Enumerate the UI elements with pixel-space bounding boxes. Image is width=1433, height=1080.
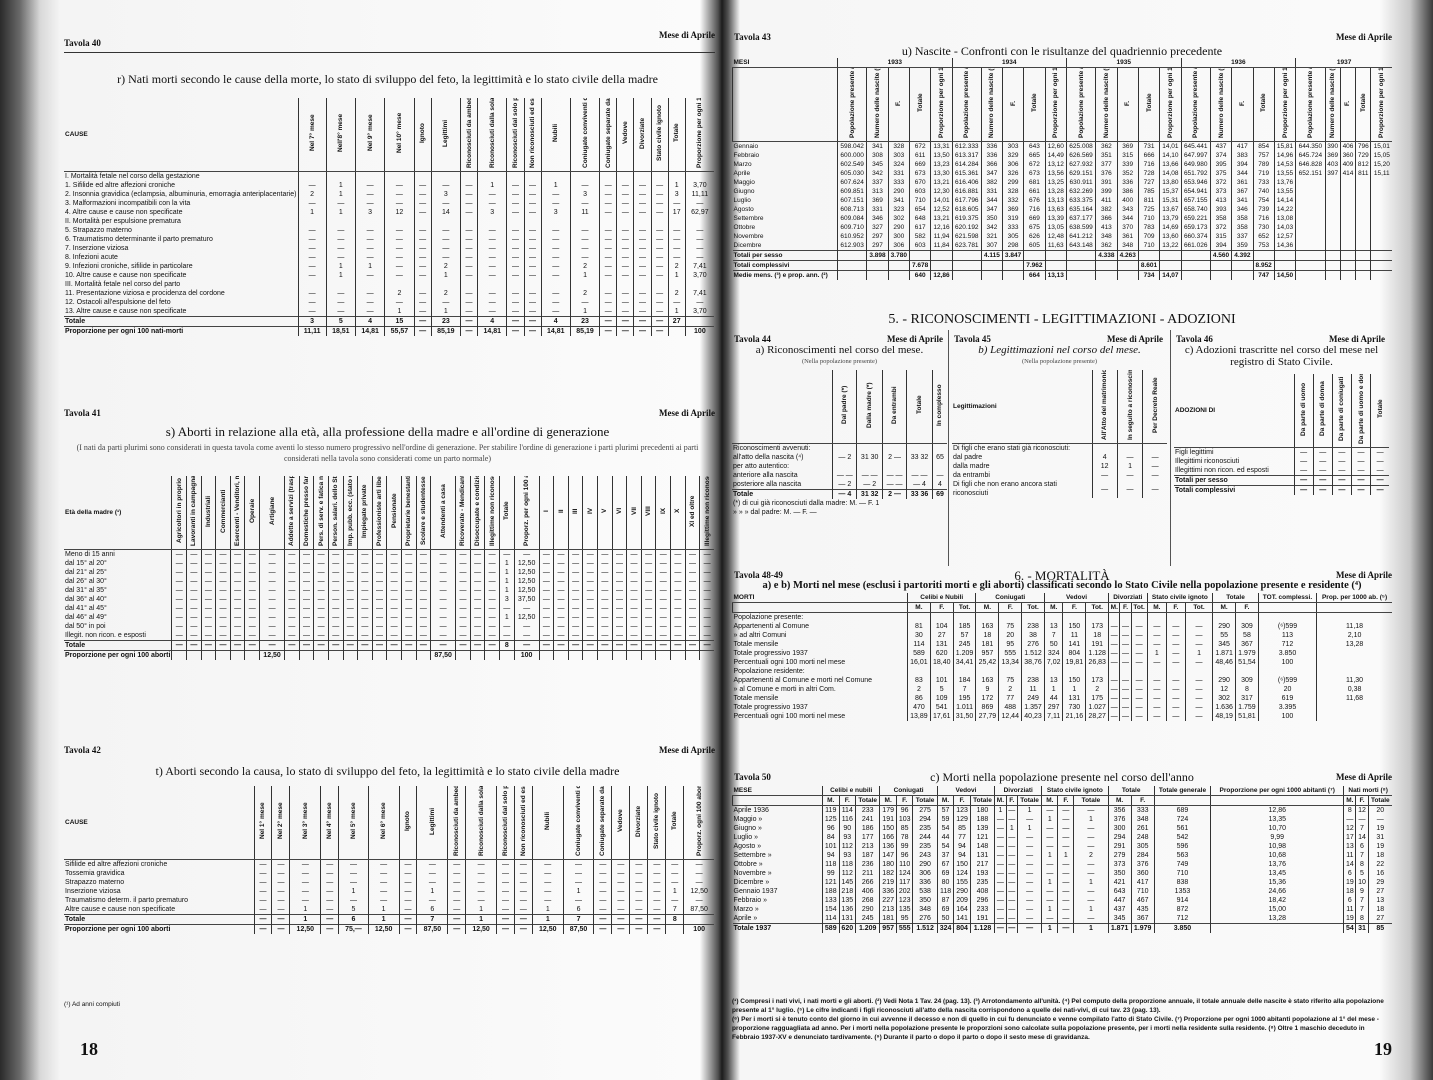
table-row: Aprile »1141312451819527650141191——————3…: [733, 914, 1393, 924]
table-row: III. Mortalità fetale nel corso del part…: [64, 280, 714, 289]
tavola-46-label: Tavola 46: [1176, 334, 1213, 344]
tavola-41-label: Tavola 41: [64, 408, 101, 418]
tavola-41-table: Età della madre (¹)Agricoltori in propri…: [64, 476, 714, 660]
table-row: Totale——1—61—7—1——17————8: [64, 915, 714, 925]
table-row: anteriore alla nascita— —— —— —— ——: [732, 471, 947, 480]
tavola-40-title: r) Nati morti secondo le cause della mor…: [60, 72, 715, 87]
tavola-48-49-title: a) e b) Morti nel mese (esclusi i partor…: [732, 580, 1392, 591]
tavola-42-label: Tavola 42: [64, 745, 101, 755]
table-row: dal 26° al 30°—————————————————————112,5…: [64, 577, 714, 586]
table-row: Popolazione presente:: [733, 613, 1393, 623]
table-row: Gennaio 1937188218406336202538118290408—…: [733, 887, 1393, 896]
table-row: » al Comune e morti in altri Com.2579211…: [733, 685, 1393, 694]
table-row: Riconoscimenti avvenuti:: [732, 444, 947, 454]
table-row: I. Mortalità fetale nel corso della gest…: [64, 172, 714, 182]
table-row: dal 31° al 35°—————————————————————112,5…: [64, 586, 714, 595]
table-row: Di figli che erano stati già riconosciut…: [952, 444, 1167, 454]
page-number-left: 18: [80, 1039, 98, 1060]
table-row: Ottobre609.71032729061712,16620.19234233…: [733, 223, 1393, 232]
table-row: Meno di 15 anni—————————————————————————…: [64, 550, 714, 560]
table-row: Novembre610.95229730058211,94621.5983213…: [733, 232, 1393, 241]
tavola-44-subtitle: (Nella popolazione presente): [732, 358, 947, 365]
tavola-44-label: Tavola 44: [734, 334, 771, 344]
table-row: Sifilide ed altre affezioni croniche————…: [64, 860, 714, 870]
table-row: dal padre4——: [952, 453, 1167, 462]
table-row: Agosto608.71333132365412,52618.605347369…: [733, 205, 1393, 214]
left-page: Tavola 40 Mese di Aprile r) Nati morti s…: [60, 0, 715, 1080]
table-row: Totali per sesso—————: [1174, 476, 1389, 486]
table-row: Totale progressivo 19375896201.209957555…: [733, 649, 1393, 658]
table-row: Totale mensile861091951727724944131175——…: [733, 694, 1393, 703]
table-row: 3. Malformazioni incompatibili con la vi…: [64, 199, 714, 208]
table-row: Di figli che non erano ancora stati rico…: [952, 480, 1167, 498]
tavola-46: Tavola 46 Mese di Aprile c) Adozioni tra…: [1174, 330, 1389, 568]
table-row: 6. Traumatismo determinante il parto pre…: [64, 235, 714, 244]
table-row: 7. Inserzione viziosa——————————————————: [64, 244, 714, 253]
table-row: Proporzione per ogni 100 nati-morti11,11…: [64, 327, 714, 337]
table-row: Dicembre612.90329730660311,84623.7813072…: [733, 241, 1393, 251]
table-row: 11. Presentazione viziosa e procidenza d…: [64, 289, 714, 298]
table-row: 2. Insonnia gravidica (eclampsia, albumi…: [64, 190, 714, 199]
table-row: per atto autentico:: [732, 462, 947, 471]
right-page: Tavola 43 Mese di Aprile u) Nascite - Co…: [732, 0, 1392, 1080]
table-row: Totale mensile1141312451819527650141191—…: [733, 640, 1393, 649]
tavola-46-title: c) Adozioni trascritte nel corso del mes…: [1174, 344, 1389, 368]
tavola-44-title: a) Riconoscimenti nel corso del mese.: [732, 344, 947, 356]
footnotes: (¹) Compresi i nati vivi, i nati morti e…: [732, 997, 1390, 1042]
tavola-50-table: MESECelibi e nubiliConiugatiVedoviDivorz…: [732, 786, 1392, 933]
table-row: » ad altri Comuni30275718203871118——————…: [733, 631, 1393, 640]
table-row: Proporzione per ogni 100 aborti——12,50—7…: [64, 925, 714, 935]
table-row: dal 36° al 40°—————————————————————337,5…: [64, 595, 714, 604]
tavola-43-label: Tavola 43: [734, 32, 771, 42]
page-number-right: 19: [1374, 1039, 1392, 1060]
tavola-45-label: Tavola 45: [954, 334, 991, 344]
table-row: Giugno »9690186150852355485139—11———3002…: [733, 824, 1393, 833]
tavola-45-title: b) Legittimazioni nel corso del mese.: [952, 344, 1167, 356]
table-row: Illegit. non ricon. e esposti———————————…: [64, 631, 714, 641]
tavola-43-table: MESI19331934193519361937Popolazione pres…: [732, 58, 1392, 280]
table-row: Percentuali ogni 100 morti nel mese16,01…: [733, 658, 1393, 667]
table-row: Altre cause e cause non specificate——1—5…: [64, 905, 714, 915]
table-row: Marzo »15413629021313534869164233———1—14…: [733, 905, 1393, 914]
tavola-41-note: (I nati da parti plurimi sono considerat…: [60, 442, 715, 464]
table-row: Percentuali ogni 100 morti nel mese13,89…: [733, 712, 1393, 721]
table-row: dal 50° in poi——————————————————————————…: [64, 622, 714, 631]
table-row: 9. Infezioni croniche, sifilide in parti…: [64, 262, 714, 271]
table-row: 12. Ostacoli all'espulsione del feto————…: [64, 298, 714, 307]
mese-label: Mese di Aprile: [659, 745, 715, 755]
table-row: Maggio »12511624119110329459129188———1—1…: [733, 815, 1393, 824]
tavola-50-title: c) Morti nella popolazione presente nel …: [732, 770, 1392, 785]
tavola-48-49-table: MORTICelibi e NubiliConiugatiVedoviDivor…: [732, 593, 1392, 721]
table-row: posteriore alla nascita— 2— 2— —— 44: [732, 480, 947, 490]
table-row: Settembre609.08434630264813,21619.375350…: [733, 214, 1393, 223]
mese-label: Mese di Aprile: [1336, 570, 1392, 580]
mese-label: Mese di Aprile: [887, 334, 943, 344]
tavola-44: Tavola 44 Mese di Aprile a) Riconoscimen…: [732, 330, 947, 568]
mese-label: Mese di Aprile: [1107, 334, 1163, 344]
tavola-43-title: u) Nascite - Confronti con le risultanze…: [732, 44, 1392, 59]
table-row: II. Mortalità per espulsione prematura: [64, 217, 714, 226]
table-row: 13. Altre cause e cause non specificate—…: [64, 307, 714, 317]
table-row: Traumatismo determ. il parto prematuro——…: [64, 896, 714, 905]
table-row: Febbraio »13313526822712335087209296————…: [733, 896, 1393, 905]
table-row: Illegittimi riconosciuti—————: [1174, 457, 1389, 466]
table-row: dal 15° al 20°—————————————————————112,5…: [64, 559, 714, 568]
table-row: 1. Sifilide ed altre affezioni croniche—…: [64, 181, 714, 190]
table-row: dal 21° al 25°—————————————————————112,5…: [64, 568, 714, 577]
table-row: Settembre »9493187147962433794131———1122…: [733, 851, 1393, 860]
tavola-42-table: CAUSENel 1° meseNel 2° meseNel 3° meseNe…: [64, 786, 714, 934]
mese-label: Mese di Aprile: [1336, 772, 1392, 782]
table-row: dal 46° al 49°—————————————————————112,5…: [64, 613, 714, 622]
tavola-45-subtitle: (Nella popolazione presente): [952, 358, 1167, 365]
table-row: Dicembre »12114526621911733680155235———1…: [733, 878, 1393, 887]
table-row: Maggio607.62433733367013,21616.406382299…: [733, 178, 1393, 187]
table-row: dalla madre121—: [952, 462, 1167, 471]
footnote-2: (⁶) Per i morti si è tenuto conto del gi…: [732, 1015, 1390, 1042]
table-row: Totale— 431 322 —33 3669: [732, 490, 947, 500]
table-row: all'atto della nascita (⁴)— 231 302 —33 …: [732, 453, 947, 462]
tavola-44-table: Dal padre (*)Dalla madre (*)Da entrambiT…: [732, 370, 947, 517]
table-row: Totale progressivo 19374705411.011869488…: [733, 703, 1393, 712]
table-row: 5. Strapazzo materno——————————————————: [64, 226, 714, 235]
table-row: Marzo602.54934532466913,23614.2843663066…: [733, 160, 1393, 169]
table-row: Luglio »8493177166782444477121——————2942…: [733, 833, 1393, 842]
table-row: Ottobre »11811823618011029067150217—————…: [733, 860, 1393, 869]
table-row: Febbraio600.00030830361113,50613.3173363…: [733, 151, 1393, 160]
table-row: Popolazione residente:: [733, 667, 1393, 676]
mese-label: Mese di Aprile: [1336, 32, 1392, 42]
table-row: Gennaio598.04234132867213,31612.33333630…: [733, 142, 1393, 152]
tavola-45: Tavola 45 Mese di Aprile b) Legittimazio…: [952, 330, 1167, 568]
table-row: da entrambi———: [952, 471, 1167, 480]
table-row: Figli legittimi—————: [1174, 448, 1389, 458]
tavola-42-footnote: (¹) Ad anni compiuti: [64, 1000, 120, 1009]
mese-label: Mese di Aprile: [659, 30, 715, 40]
table-row: 10. Altre cause e cause non specificate—…: [64, 271, 714, 280]
table-row: Aprile605.03034233167313,30615.361347326…: [733, 169, 1393, 178]
table-row: Tossemia gravidica————————————————————: [64, 869, 714, 878]
table-row: Totale35415—23—4——423————27: [64, 317, 714, 327]
table-row: Illegittimi non ricon. ed esposti—————: [1174, 466, 1389, 476]
mese-label: Mese di Aprile: [659, 408, 715, 418]
tavola-40-label: Tavola 40: [64, 38, 101, 48]
table-row: Novembre »9911221118212430669124193—————…: [733, 869, 1393, 878]
table-row: 8. Infezioni acute——————————————————: [64, 253, 714, 262]
section-5-title: 5. - RICONOSCIMENTI - LEGITTIMAZIONI - A…: [732, 312, 1392, 328]
table-row: Luglio607.15136934171014,01617.796344332…: [733, 196, 1393, 205]
table-row: Totale 19375896201.2099575551.5123248041…: [733, 924, 1393, 934]
table-row: Agosto »101112213136992355494148——————29…: [733, 842, 1393, 851]
table-row: 4. Altre cause e cause non specificate11…: [64, 208, 714, 217]
table-row: Aprile 193611911423317996275571231801—1—…: [733, 806, 1393, 816]
table-row: Appartenenti al Comune e morti nel Comun…: [733, 676, 1393, 685]
tavola-40-table: CAUSENel 7° meseNell'8° meseNel 9° meseN…: [64, 98, 714, 336]
tavola-45-table: LegittimazioniAll'Atto del matrimonioIn …: [952, 370, 1167, 498]
table-row: dal 41° al 45°——————————————————————————…: [64, 604, 714, 613]
table-row: Strapazzo materno————————————————————: [64, 878, 714, 887]
tavola-42-title: t) Aborti secondo la causa, lo stato di …: [60, 764, 715, 779]
footnote-1: (¹) Compresi i nati vivi, i nati morti e…: [732, 997, 1390, 1015]
table-row: Inserzione viziosa————1——1—————1————112,…: [64, 887, 714, 896]
table-row: Totali complessivi—————: [1174, 486, 1389, 496]
table-row: Appartenenti al Comune811041851637523813…: [733, 622, 1393, 631]
tavola-41-title: s) Aborti in relazione alla età, alla pr…: [60, 424, 715, 440]
mese-label: Mese di Aprile: [1329, 334, 1385, 344]
tavola-46-table: ADOZIONI DIDa parte di uomoDa parte di d…: [1174, 374, 1389, 495]
table-row: Giugno609.85131329060312,30616.881331328…: [733, 187, 1393, 196]
